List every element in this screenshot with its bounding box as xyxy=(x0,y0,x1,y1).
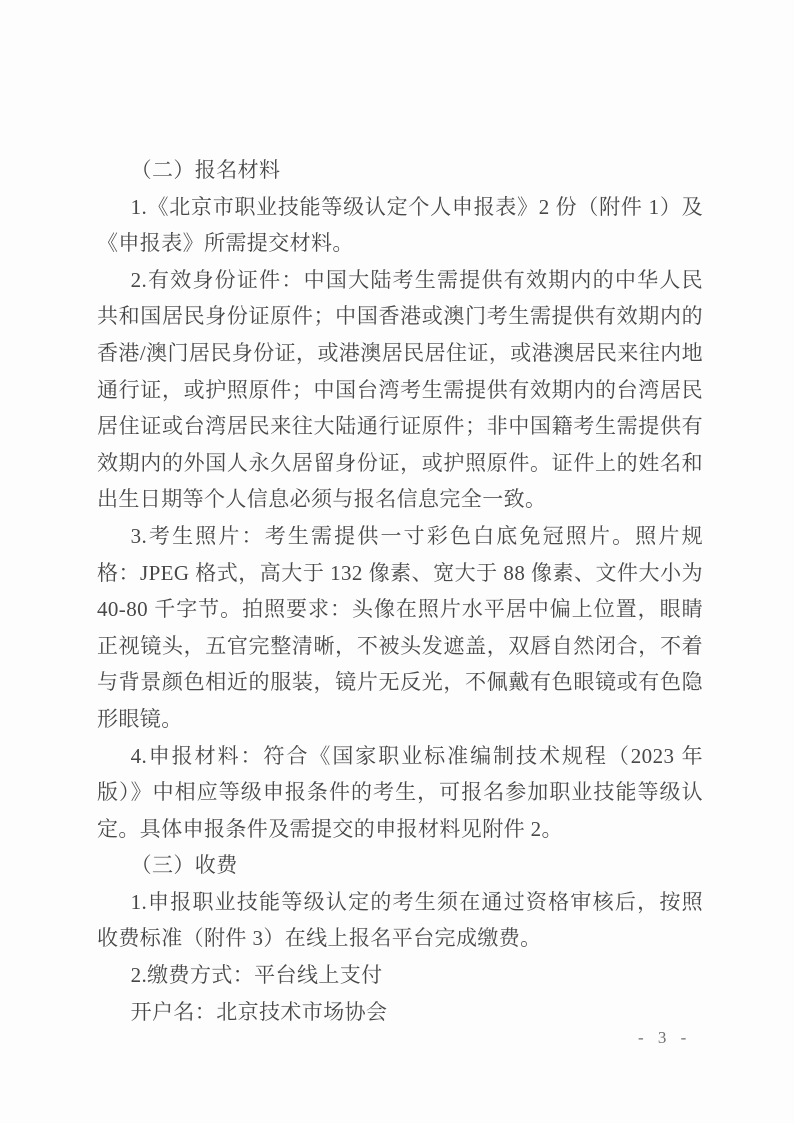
paragraph: 1.申报职业技能等级认定的考生须在通过资格审核后，按照收费标准（附件 3）在线上… xyxy=(97,884,703,957)
paragraph: （二）报名材料 xyxy=(97,152,703,189)
paragraph: 2.缴费方式：平台线上支付 xyxy=(97,957,703,994)
paragraph: 4.申报材料：符合《国家职业标准编制技术规程（2023 年版）》中相应等级申报条… xyxy=(97,738,703,848)
paragraph: 1.《北京市职业技能等级认定个人申报表》2 份（附件 1）及《申报表》所需提交材… xyxy=(97,189,703,262)
document-page: （二）报名材料1.《北京市职业技能等级认定个人申报表》2 份（附件 1）及《申报… xyxy=(0,0,794,1123)
paragraph: 3.考生照片：考生需提供一寸彩色白底免冠照片。照片规格：JPEG 格式，高大于 … xyxy=(97,518,703,738)
paragraph: 2.有效身份证件：中国大陆考生需提供有效期内的中华人民共和国居民身份证原件；中国… xyxy=(97,262,703,518)
paragraph: （三）收费 xyxy=(97,847,703,884)
document-body: （二）报名材料1.《北京市职业技能等级认定个人申报表》2 份（附件 1）及《申报… xyxy=(97,152,703,1030)
page-number: - 3 - xyxy=(638,1028,691,1048)
paragraph: 开户名：北京技术市场协会 xyxy=(97,994,703,1031)
